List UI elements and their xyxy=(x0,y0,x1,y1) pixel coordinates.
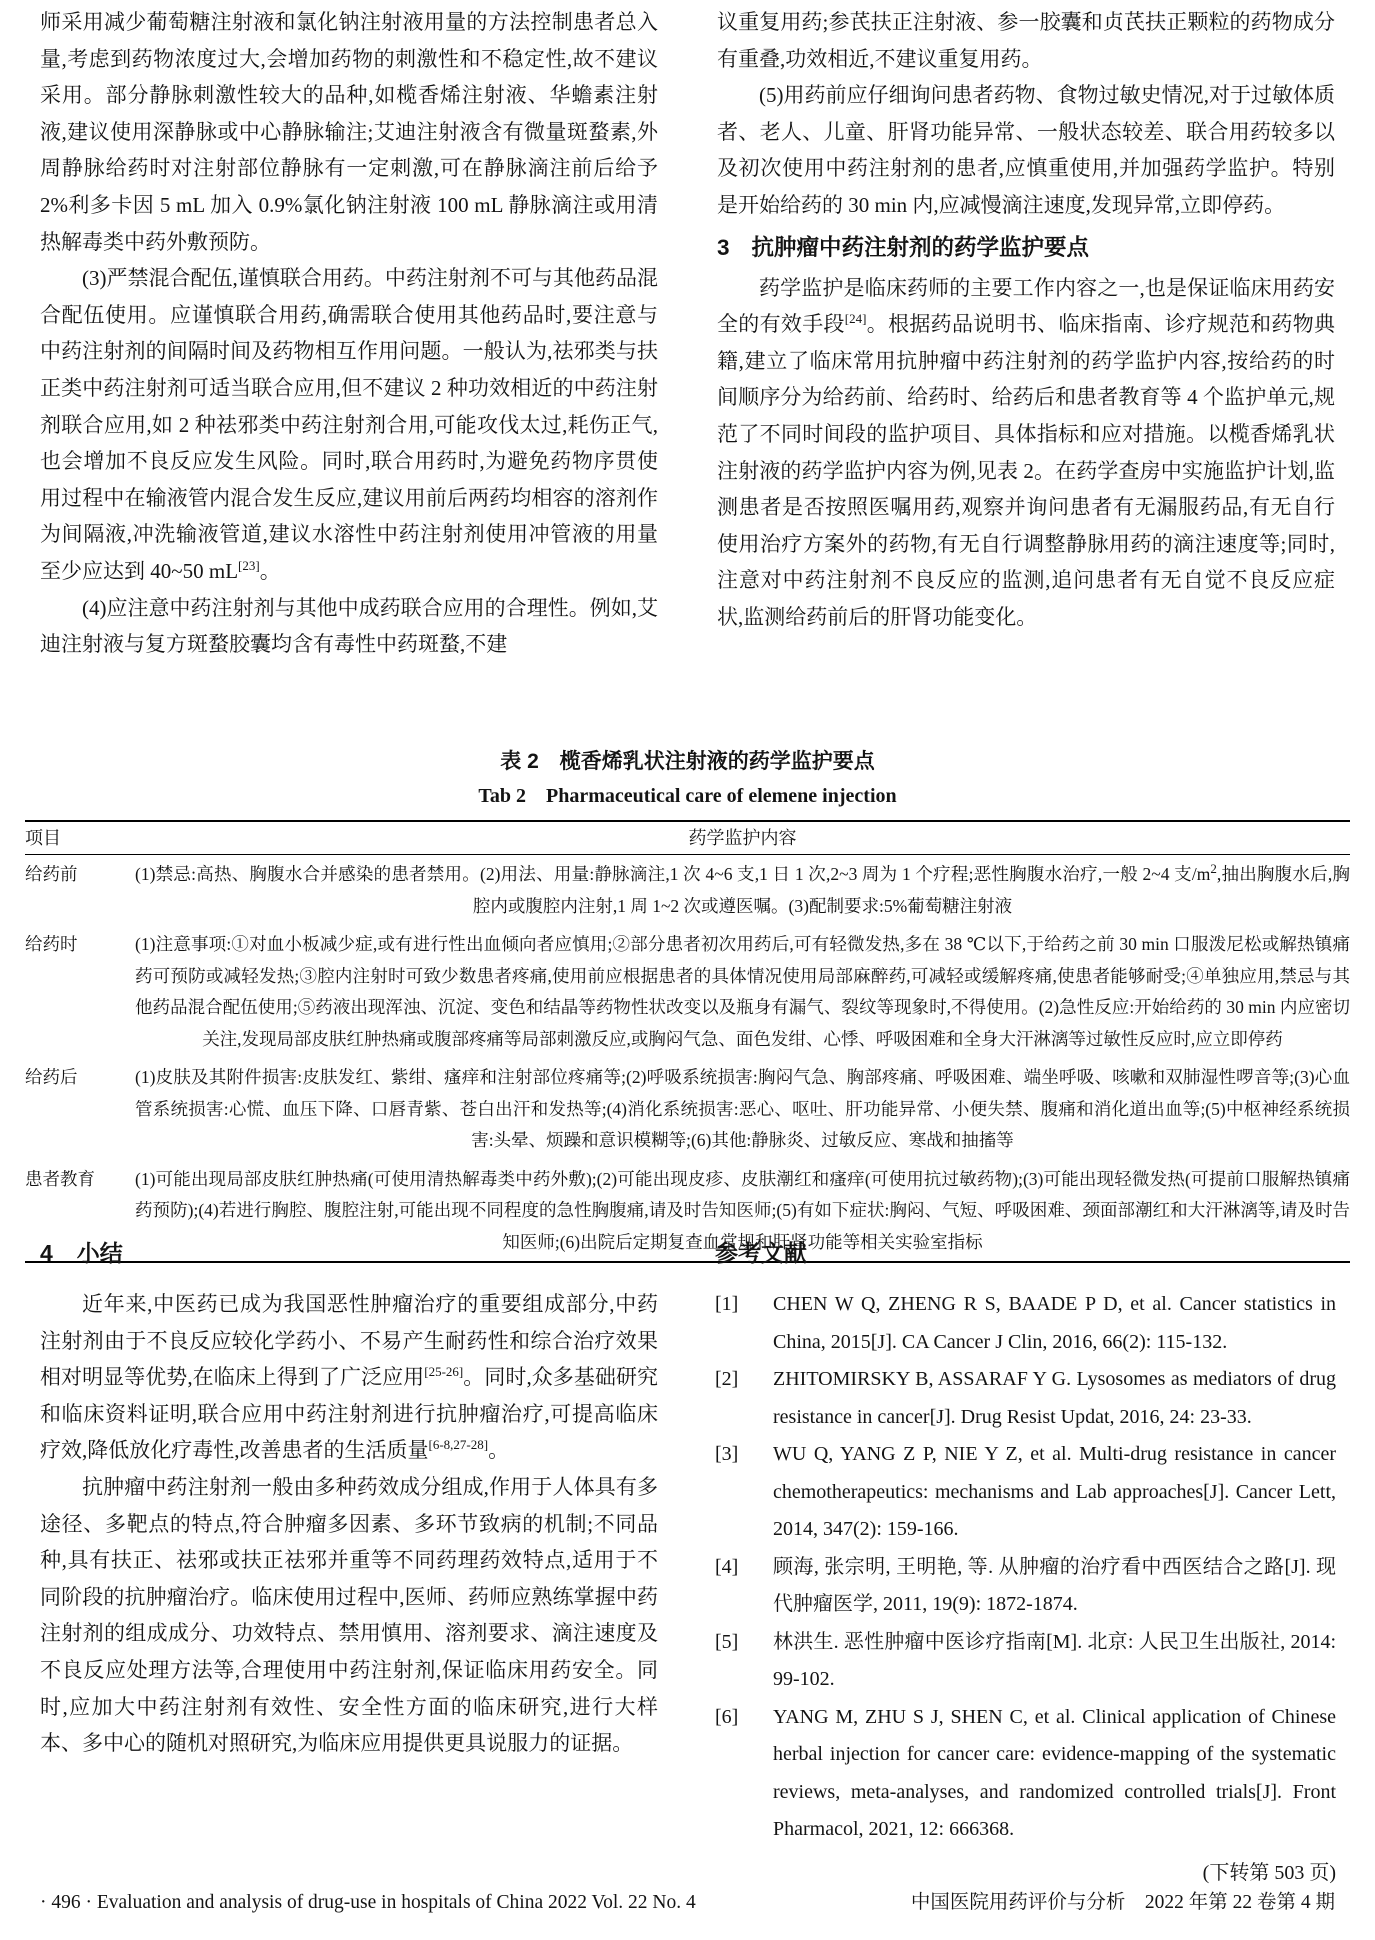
references-heading: 参考文献 xyxy=(715,1236,1336,1270)
table-row: 给药前(1)禁忌:高热、胸腹水合并感染的患者禁用。(2)用法、用量:静脉滴注,1… xyxy=(25,855,1350,926)
reference-item: [3]WU Q, YANG Z P, NIE Y Z, et al. Multi… xyxy=(715,1436,1336,1549)
paragraph: 抗肿瘤中药注射剂一般由多种药效成分组成,作用于人体具有多途径、多靶点的特点,符合… xyxy=(40,1469,658,1762)
table-row: 给药后(1)皮肤及其附件损害:皮肤发红、紫绀、瘙痒和注射部位疼痛等;(2)呼吸系… xyxy=(25,1058,1350,1160)
table-row: 给药时(1)注意事项:①对血小板减少症,或有进行性出血倾向者应慎用;②部分患者初… xyxy=(25,925,1350,1058)
reference-number: [1] xyxy=(715,1286,773,1361)
paragraph: 议重复用药;参芪扶正注射液、参一胶囊和贞芪扶正颗粒的药物成分有重叠,功效相近,不… xyxy=(717,4,1335,77)
table2-header-row: 项目 药学监护内容 xyxy=(25,821,1350,855)
section-3-number: 3 xyxy=(717,235,730,260)
section-4-column: 4小结 近年来,中医药已成为我国恶性肿瘤治疗的重要组成部分,中药注射剂由于不良反… xyxy=(40,1236,658,1762)
table-row-label: 给药前 xyxy=(25,855,135,926)
paragraph: (3)严禁混合配伍,谨慎联合用药。中药注射剂不可与其他药品混合配伍使用。应谨慎联… xyxy=(40,260,658,589)
right-column-post-paragraphs: 药学监护是临床药师的主要工作内容之一,也是保证临床用药安全的有效手段[24]。根… xyxy=(717,270,1335,636)
reference-text: YANG M, ZHU S J, SHEN C, et al. Clinical… xyxy=(773,1699,1336,1849)
section-3-title: 抗肿瘤中药注射剂的药学监护要点 xyxy=(752,235,1090,260)
table-row-label: 给药后 xyxy=(25,1058,135,1160)
paragraph: (5)用药前应仔细询问患者药物、食物过敏史情况,对于过敏体质者、老人、儿童、肝肾… xyxy=(717,77,1335,223)
references-column: 参考文献 [1]CHEN W Q, ZHENG R S, BAADE P D, … xyxy=(715,1236,1336,1891)
citation-superscript: [6-8,27-28] xyxy=(429,1437,489,1452)
table2-body: 给药前(1)禁忌:高热、胸腹水合并感染的患者禁用。(2)用法、用量:静脉滴注,1… xyxy=(25,855,1350,1263)
table2-title-cn: 表 2 榄香烯乳状注射液的药学监护要点 xyxy=(25,749,1350,775)
citation-superscript: [24] xyxy=(845,311,867,326)
table2-col2-header: 药学监护内容 xyxy=(135,821,1350,855)
table2-grid: 项目 药学监护内容 给药前(1)禁忌:高热、胸腹水合并感染的患者禁用。(2)用法… xyxy=(25,820,1350,1263)
section-4-paragraphs: 近年来,中医药已成为我国恶性肿瘤治疗的重要组成部分,中药注射剂由于不良反应较化学… xyxy=(40,1286,658,1762)
paragraph: 师采用减少葡萄糖注射液和氯化钠注射液用量的方法控制患者总入量,考虑到药物浓度过大… xyxy=(40,4,658,260)
table-row-label: 给药时 xyxy=(25,925,135,1058)
table-row-content: (1)注意事项:①对血小板减少症,或有进行性出血倾向者应慎用;②部分患者初次用药… xyxy=(135,925,1350,1058)
reference-item: [6]YANG M, ZHU S J, SHEN C, et al. Clini… xyxy=(715,1699,1336,1849)
journal-page: 师采用减少葡萄糖注射液和氯化钠注射液用量的方法控制患者总入量,考虑到药物浓度过大… xyxy=(0,0,1375,1940)
reference-item: [4]顾海, 张宗明, 王明艳, 等. 从肿瘤的治疗看中西医结合之路[J]. 现… xyxy=(715,1549,1336,1624)
reference-number: [6] xyxy=(715,1699,773,1849)
right-column-top: 议重复用药;参芪扶正注射液、参一胶囊和贞芪扶正颗粒的药物成分有重叠,功效相近,不… xyxy=(717,4,1335,636)
reference-list: [1]CHEN W Q, ZHENG R S, BAADE P D, et al… xyxy=(715,1286,1336,1849)
table2-col1-header: 项目 xyxy=(25,821,135,855)
reference-text: WU Q, YANG Z P, NIE Y Z, et al. Multi-dr… xyxy=(773,1436,1336,1549)
paragraph: 近年来,中医药已成为我国恶性肿瘤治疗的重要组成部分,中药注射剂由于不良反应较化学… xyxy=(40,1286,658,1469)
footer-right-text: 中国医院用药评价与分析 2022 年第 22 卷第 4 期 xyxy=(911,1888,1335,1918)
paragraph: 药学监护是临床药师的主要工作内容之一,也是保证临床用药安全的有效手段[24]。根… xyxy=(717,270,1335,636)
table-row-content: (1)皮肤及其附件损害:皮肤发红、紫绀、瘙痒和注射部位疼痛等;(2)呼吸系统损害… xyxy=(135,1058,1350,1160)
reference-text: 林洪生. 恶性肿瘤中医诊疗指南[M]. 北京: 人民卫生出版社, 2014: 9… xyxy=(773,1624,1336,1699)
section-3-heading: 3抗肿瘤中药注射剂的药学监护要点 xyxy=(717,229,1335,267)
citation-superscript: 2 xyxy=(1210,861,1217,876)
reference-number: [3] xyxy=(715,1436,773,1549)
table2-title-en: Tab 2 Pharmaceutical care of elemene inj… xyxy=(25,783,1350,809)
reference-number: [2] xyxy=(715,1361,773,1436)
paragraph: (4)应注意中药注射剂与其他中成药联合应用的合理性。例如,艾迪注射液与复方斑蝥胶… xyxy=(40,590,658,663)
section-4-heading: 4小结 xyxy=(40,1236,658,1270)
right-column-pre-paragraphs: 议重复用药;参芪扶正注射液、参一胶囊和贞芪扶正颗粒的药物成分有重叠,功效相近,不… xyxy=(717,4,1335,224)
reference-number: [5] xyxy=(715,1624,773,1699)
table2-block: 表 2 榄香烯乳状注射液的药学监护要点 Tab 2 Pharmaceutical… xyxy=(25,749,1350,1263)
reference-text: 顾海, 张宗明, 王明艳, 等. 从肿瘤的治疗看中西医结合之路[J]. 现代肿瘤… xyxy=(773,1549,1336,1624)
reference-item: [5]林洪生. 恶性肿瘤中医诊疗指南[M]. 北京: 人民卫生出版社, 2014… xyxy=(715,1624,1336,1699)
footer-left-text: · 496 · Evaluation and analysis of drug-… xyxy=(40,1888,696,1918)
section-4-title: 小结 xyxy=(77,1240,123,1266)
section-4-number: 4 xyxy=(40,1240,53,1266)
citation-superscript: [23] xyxy=(238,558,260,573)
reference-item: [2]ZHITOMIRSKY B, ASSARAF Y G. Lysosomes… xyxy=(715,1361,1336,1436)
reference-item: [1]CHEN W Q, ZHENG R S, BAADE P D, et al… xyxy=(715,1286,1336,1361)
page-footer: · 496 · Evaluation and analysis of drug-… xyxy=(40,1888,1335,1918)
citation-superscript: [25-26] xyxy=(424,1364,463,1379)
reference-text: CHEN W Q, ZHENG R S, BAADE P D, et al. C… xyxy=(773,1286,1336,1361)
continuation-note: (下转第 503 页) xyxy=(715,1855,1336,1891)
reference-text: ZHITOMIRSKY B, ASSARAF Y G. Lysosomes as… xyxy=(773,1361,1336,1436)
table-row-content: (1)禁忌:高热、胸腹水合并感染的患者禁用。(2)用法、用量:静脉滴注,1 次 … xyxy=(135,855,1350,926)
reference-number: [4] xyxy=(715,1549,773,1624)
left-column-top: 师采用减少葡萄糖注射液和氯化钠注射液用量的方法控制患者总入量,考虑到药物浓度过大… xyxy=(40,4,658,663)
